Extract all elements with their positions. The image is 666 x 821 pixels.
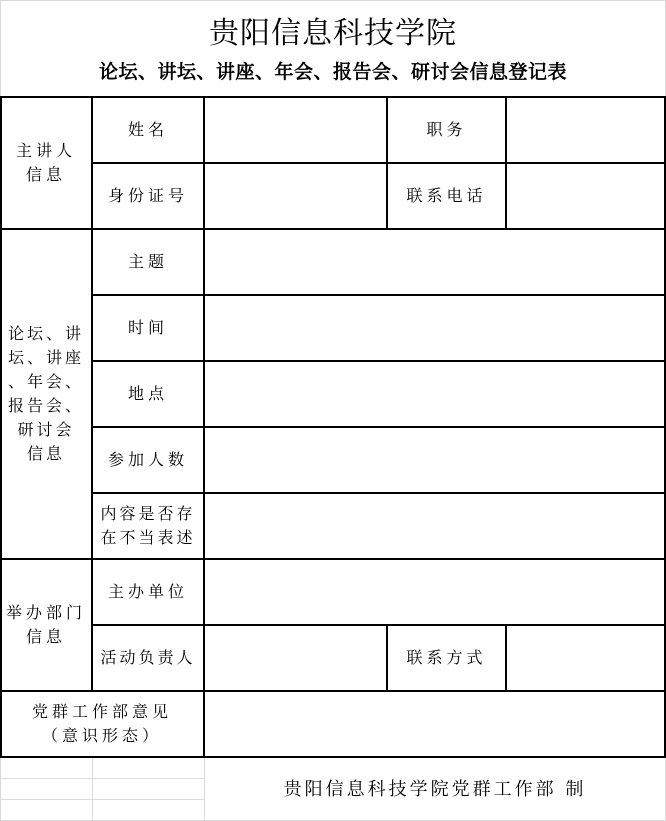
gridline [0, 778, 204, 779]
time-field[interactable] [205, 296, 665, 361]
table-border [386, 96, 388, 230]
table-border [0, 96, 2, 758]
improper-content-label: 内容是否存 在不当表述 [92, 493, 204, 559]
place-field[interactable] [205, 362, 665, 427]
event-group-label: 论坛、讲 坛、讲座 、年会、 报告会、 研讨会 信息 [0, 229, 92, 559]
party-opinion-label: 党群工作部意见 （意识形态） [0, 691, 204, 757]
attendees-label: 参加人数 [92, 427, 204, 493]
place-label: 地点 [92, 361, 204, 427]
table-border [0, 690, 666, 692]
gridline [0, 799, 204, 800]
topic-field[interactable] [205, 230, 665, 295]
position-field[interactable] [507, 98, 665, 163]
phone-field[interactable] [507, 164, 665, 229]
table-border [203, 96, 205, 758]
table-border [0, 558, 666, 560]
table-border [0, 228, 666, 230]
table-border [92, 624, 666, 626]
contact-label: 联系方式 [387, 625, 506, 691]
improper-content-field[interactable] [205, 494, 665, 559]
table-border [91, 96, 93, 692]
event-leader-label: 活动负责人 [92, 625, 204, 691]
table-border [92, 360, 666, 362]
position-label: 职务 [387, 97, 506, 163]
topic-label: 主题 [92, 229, 204, 295]
host-unit-label: 主办单位 [92, 559, 204, 625]
name-field[interactable] [205, 98, 387, 163]
contact-field[interactable] [507, 626, 665, 691]
table-border [0, 756, 666, 758]
issuer-footer: 贵阳信息科技学院党群工作部 制 [205, 770, 665, 810]
id-number-field[interactable] [205, 164, 387, 229]
phone-label: 联系电话 [387, 163, 506, 229]
speaker-group-label: 主讲人 信息 [0, 97, 92, 229]
table-border [386, 624, 388, 692]
table-border [92, 162, 666, 164]
table-border [92, 294, 666, 296]
attendees-field[interactable] [205, 428, 665, 493]
page-title: 贵阳信息科技学院 [0, 14, 666, 54]
organizer-group-label: 举办部门 信息 [0, 559, 92, 691]
host-unit-field[interactable] [205, 560, 665, 625]
table-border [505, 624, 507, 692]
name-label: 姓名 [92, 97, 204, 163]
table-border [0, 96, 666, 98]
table-border [505, 96, 507, 230]
table-border [92, 492, 666, 494]
id-number-label: 身份证号 [92, 163, 204, 229]
table-border [92, 426, 666, 428]
party-opinion-field[interactable] [205, 692, 665, 757]
page-subtitle: 论坛、讲坛、讲座、年会、报告会、研讨会信息登记表 [0, 58, 666, 86]
time-label: 时间 [92, 295, 204, 361]
gridline [92, 758, 93, 821]
event-leader-field[interactable] [205, 626, 387, 691]
